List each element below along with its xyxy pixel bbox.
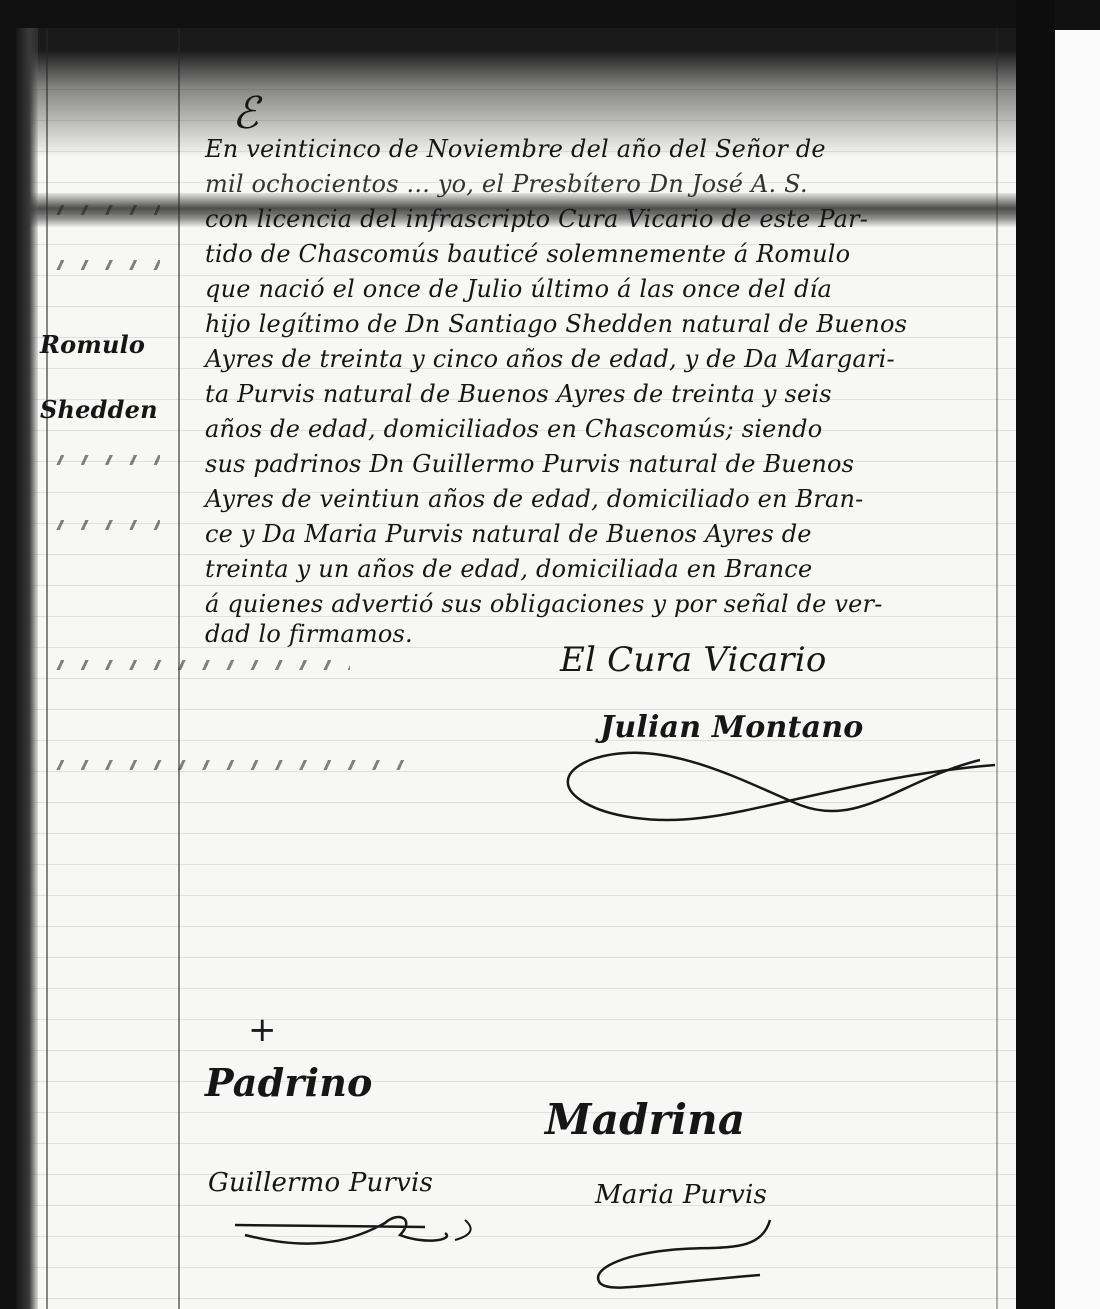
godfather-label: Padrino [205, 1060, 373, 1105]
body-line-5: que nació el once de Julio último á las … [205, 275, 832, 303]
godfather-flourish [225, 1205, 485, 1255]
margin-rule-left [46, 28, 48, 1309]
margin-hatching [50, 760, 410, 770]
margin-hatching [50, 260, 160, 270]
godfather-signature: Guillermo Purvis [208, 1168, 433, 1198]
body-line-1: En veinticinco de Noviembre del año del … [205, 135, 826, 163]
scanned-document: ℰ Romulo Shedden En veinticinco de Novie… [0, 0, 1100, 1309]
body-line-3: con licencia del infrascripto Cura Vicar… [205, 205, 868, 233]
priest-title: El Cura Vicario [560, 640, 826, 680]
body-line-12: ce y Da Maria Purvis natural de Buenos A… [205, 520, 812, 548]
body-line-8: ta Purvis natural de Buenos Ayres de tre… [205, 380, 832, 408]
margin-hatching [50, 520, 160, 530]
godmother-signature: Maria Purvis [595, 1180, 767, 1210]
page-gap [1016, 0, 1055, 1309]
godmother-label: Madrina [545, 1095, 745, 1144]
signature-flourish [540, 740, 1000, 830]
godmother-flourish [580, 1215, 800, 1295]
body-line-6: hijo legítimo de Dn Santiago Shedden nat… [205, 310, 907, 338]
body-line-4: tido de Chascomús bauticé solemnemente á… [205, 240, 850, 268]
margin-hatching [50, 455, 160, 465]
body-line-13: treinta y un años de edad, domiciliada e… [205, 555, 812, 583]
margin-hatching [50, 660, 350, 670]
body-line-15: dad lo firmamos. [205, 620, 413, 648]
margin-note-given-name: Romulo [40, 330, 145, 359]
adjacent-page-edge [1055, 30, 1100, 1309]
page-binding-edge [16, 28, 38, 1309]
cross-mark: + [248, 1010, 277, 1050]
margin-hatching [50, 205, 160, 215]
ornamental-initial: ℰ [232, 88, 259, 139]
body-line-7: Ayres de treinta y cinco años de edad, y… [205, 345, 895, 373]
margin-note-surname: Shedden [40, 395, 158, 424]
body-line-14: á quienes advertió sus obligaciones y po… [205, 590, 883, 618]
margin-rule-right [996, 28, 998, 1309]
body-line-2: mil ochocientos ... yo, el Presbítero Dn… [205, 170, 808, 198]
body-line-9: años de edad, domiciliados en Chascomús;… [205, 415, 822, 443]
body-line-11: Ayres de veintiun años de edad, domicili… [205, 485, 863, 513]
body-line-10: sus padrinos Dn Guillermo Purvis natural… [205, 450, 854, 478]
